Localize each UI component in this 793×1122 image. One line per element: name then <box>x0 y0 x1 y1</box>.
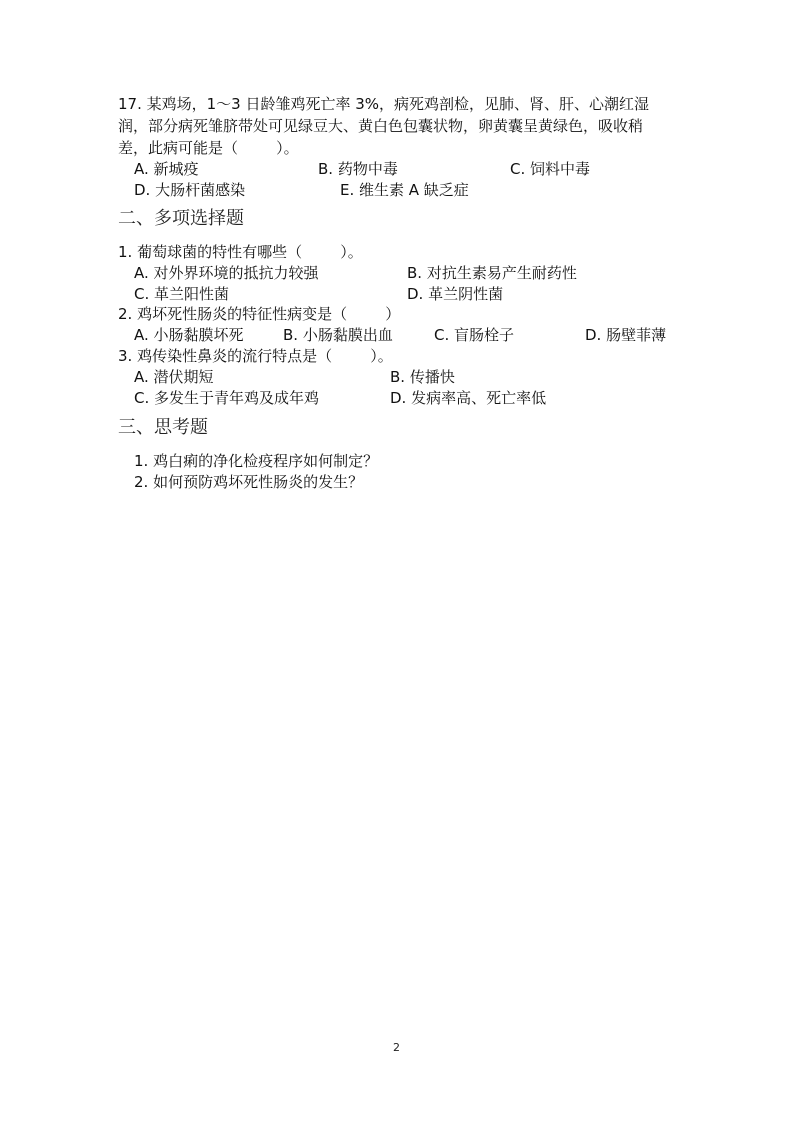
q17-option-b: B. 药物中毒 <box>318 159 398 179</box>
q17-option-e: E. 维生素 A 缺乏症 <box>340 180 469 200</box>
s2-q2-option-a: A. 小肠黏膜坏死 <box>134 325 244 345</box>
section3-title: 三、思考题 <box>118 416 208 440</box>
q17-line-2: 润，部分病死雏脐带处可见绿豆大、黄白色包囊状物，卵黄囊呈黄绿色，吸收稍 <box>118 116 643 136</box>
q17-line-3: 差，此病可能是（ ）。 <box>118 138 299 158</box>
s2-q1-stem: 1. 葡萄球菌的特性有哪些（ ）。 <box>118 242 363 262</box>
s2-q2-option-b: B. 小肠黏膜出血 <box>283 325 393 345</box>
s2-q3-option-b: B. 传播快 <box>390 367 455 387</box>
q17-option-d: D. 大肠杆菌感染 <box>134 180 245 200</box>
s2-q3-option-c: C. 多发生于青年鸡及成年鸡 <box>134 388 319 408</box>
s3-q1: 1. 鸡白痢的净化检疫程序如何制定？ <box>134 451 378 471</box>
s3-q2: 2. 如何预防鸡坏死性肠炎的发生？ <box>134 472 363 492</box>
s2-q3-stem: 3. 鸡传染性鼻炎的流行特点是（ ）。 <box>118 346 393 366</box>
s2-q1-option-d: D. 革兰阴性菌 <box>407 284 503 304</box>
s2-q1-option-a: A. 对外界环境的抵抗力较强 <box>134 263 319 283</box>
s2-q1-option-b: B. 对抗生素易产生耐药性 <box>407 263 577 283</box>
s2-q3-option-a: A. 潜伏期短 <box>134 367 214 387</box>
page-number: 2 <box>393 1041 400 1054</box>
s2-q3-option-d: D. 发病率高、死亡率低 <box>390 388 546 408</box>
q17-option-a: A. 新城疫 <box>134 159 199 179</box>
s2-q2-option-c: C. 盲肠栓子 <box>434 325 514 345</box>
q17-option-c: C. 饲料中毒 <box>510 159 590 179</box>
s2-q2-option-d: D. 肠壁菲薄 <box>585 325 666 345</box>
q17-line-1: 17. 某鸡场，1～3 日龄雏鸡死亡率 3%，病死鸡剖检，见肺、肾、肝、心潮红湿 <box>118 94 649 114</box>
s2-q2-stem: 2. 鸡坏死性肠炎的特征性病变是（ ） <box>118 304 400 324</box>
s2-q1-option-c: C. 革兰阳性菌 <box>134 284 229 304</box>
section2-title: 二、多项选择题 <box>118 207 244 231</box>
